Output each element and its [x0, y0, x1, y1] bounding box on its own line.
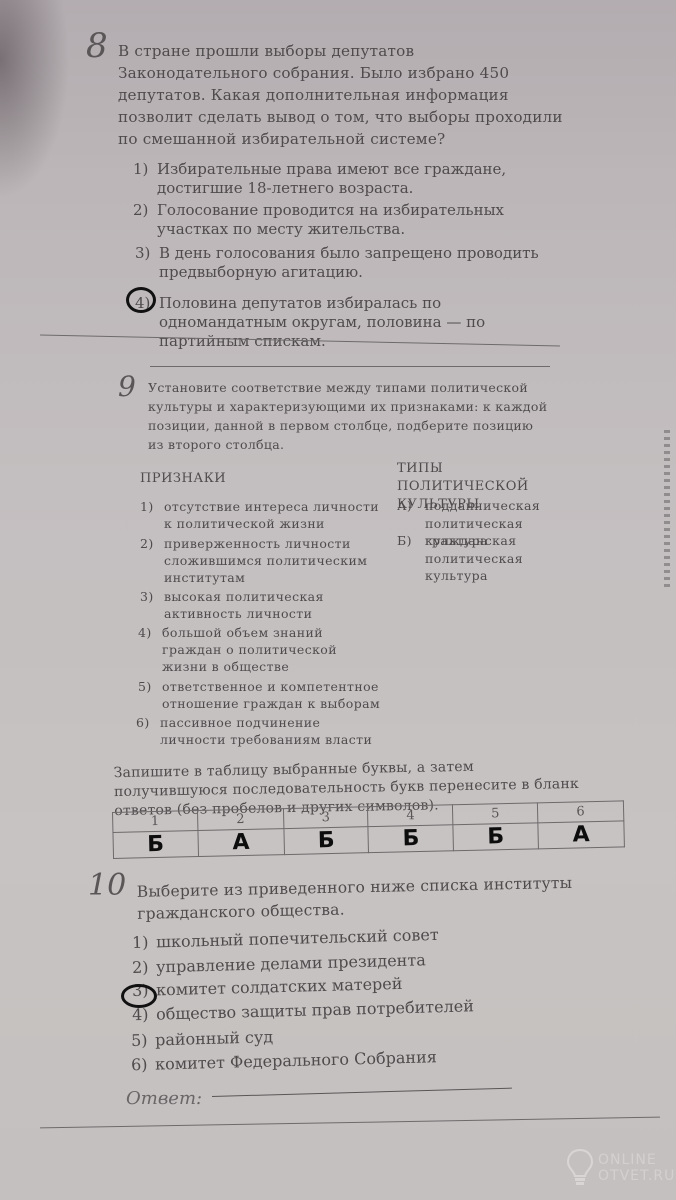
item-number: 5) [138, 678, 162, 712]
option-text: школьный попечительский совет [156, 923, 512, 951]
answer-input-line[interactable] [212, 1088, 512, 1097]
question-10-option-6[interactable]: 6) комитет Федерального Собрания [131, 1045, 531, 1074]
sign-item-1: 1) отсутствие интереса личности к полити… [140, 498, 380, 532]
option-text: Избирательные права имеют все граждане, … [157, 160, 553, 198]
type-item-b: Б) гражданская политическая культура [397, 532, 547, 585]
question-8-option-4[interactable]: 4) Половина депутатов избиралась по одно… [135, 294, 555, 351]
item-number: 1) [140, 498, 164, 532]
item-text: пассивное подчинение личности требования… [160, 714, 376, 748]
question-10-option-1[interactable]: 1) школьный попечительский совет [132, 923, 512, 952]
sign-item-2: 2) приверженность личности сложившимся п… [140, 535, 380, 586]
table-header-cell: 3 [283, 807, 368, 829]
table-answer-cell[interactable]: Б [113, 831, 198, 859]
option-text: комитет солдатских матерей [156, 971, 512, 999]
question-8-option-2[interactable]: 2) Голосование проводится на избирательн… [133, 201, 553, 239]
question-8-number: 8 [86, 26, 108, 66]
item-text: гражданская политическая культура [425, 532, 547, 585]
question-8-option-1[interactable]: 1) Избирательные права имеют все граждан… [133, 160, 553, 198]
item-text: высокая политическая активность личности [164, 588, 380, 622]
option-number: 2) [132, 957, 156, 977]
item-number: 6) [136, 714, 160, 748]
question-9-number: 9 [118, 370, 136, 403]
item-text: ответственное и компетентное отношение г… [162, 678, 398, 712]
signs-column-header: ПРИЗНАКИ [140, 470, 226, 488]
sign-item-5: 5) ответственное и компетентное отношени… [138, 678, 398, 712]
option-text: комитет Федерального Собрания [155, 1045, 531, 1074]
option-number: 3) [135, 244, 159, 282]
option-number: 1) [132, 932, 156, 952]
item-text: большой объем знаний граждан о политичес… [162, 624, 378, 675]
question-10-option-4[interactable]: 4) общество защиты прав потребителей [132, 995, 532, 1024]
answer-label: Ответ: [126, 1088, 202, 1109]
option-number: 6) [131, 1055, 155, 1075]
question-10-text: Выберите из приведенного ниже списка инс… [137, 871, 608, 925]
watermark-line-2: OTVET.RU [598, 1168, 675, 1184]
option-text: общество защиты прав потребителей [156, 995, 532, 1024]
item-number: 3) [140, 588, 164, 622]
table-answer-cell[interactable]: Б [453, 823, 538, 851]
watermark-line-1: ONLINE [598, 1152, 675, 1168]
question-8-text: В стране прошли выборы депутатов Законод… [118, 40, 563, 150]
item-text: отсутствие интереса личности к политичес… [164, 498, 380, 532]
sign-item-4: 4) большой объем знаний граждан о полити… [138, 624, 378, 675]
option-text: Голосование проводится на избирательных … [157, 201, 553, 239]
item-number: 4) [138, 624, 162, 675]
table-header-cell: 6 [537, 801, 623, 823]
option-number: 2) [133, 201, 157, 239]
selected-answer-circle [126, 287, 156, 313]
question-8-option-3[interactable]: 3) В день голосования было запрещено про… [135, 244, 555, 282]
option-text: В день голосования было запрещено провод… [159, 244, 555, 282]
item-text: приверженность личности сложившимся поли… [164, 535, 380, 586]
option-number: 5) [131, 1030, 155, 1050]
option-text: Половина депутатов избиралась по одноман… [159, 294, 555, 351]
question-10-number: 10 [88, 868, 126, 903]
sign-item-3: 3) высокая политическая активность лично… [140, 588, 380, 622]
lightbulb-icon [566, 1148, 594, 1188]
table-answer-cell[interactable]: Б [368, 825, 453, 853]
table-header-cell: 4 [368, 805, 453, 827]
item-letter: Б) [397, 532, 425, 585]
watermark: ONLINE OTVET.RU [566, 1148, 675, 1188]
table-header-cell: 5 [453, 803, 538, 825]
table-answer-cell[interactable]: Б [284, 827, 369, 855]
table-header-cell: 2 [197, 809, 283, 831]
table-answer-cell[interactable]: А [198, 829, 285, 857]
option-text: районный суд [155, 1021, 511, 1049]
sign-item-6: 6) пассивное подчинение личности требова… [136, 714, 376, 748]
paper-edge-marks [664, 430, 670, 590]
section-divider [40, 1117, 660, 1129]
option-number: 4) [132, 1005, 156, 1025]
exam-page: 8 В стране прошли выборы депутатов Закон… [0, 0, 676, 1200]
table-header-cell: 1 [113, 811, 198, 833]
question-10-option-5[interactable]: 5) районный суд [131, 1021, 511, 1050]
table-answer-cell[interactable]: А [538, 821, 625, 849]
question-9-text: Установите соответствие между типами пол… [148, 378, 548, 454]
item-number: 2) [140, 535, 164, 586]
section-divider [150, 366, 550, 367]
option-number: 1) [133, 160, 157, 198]
